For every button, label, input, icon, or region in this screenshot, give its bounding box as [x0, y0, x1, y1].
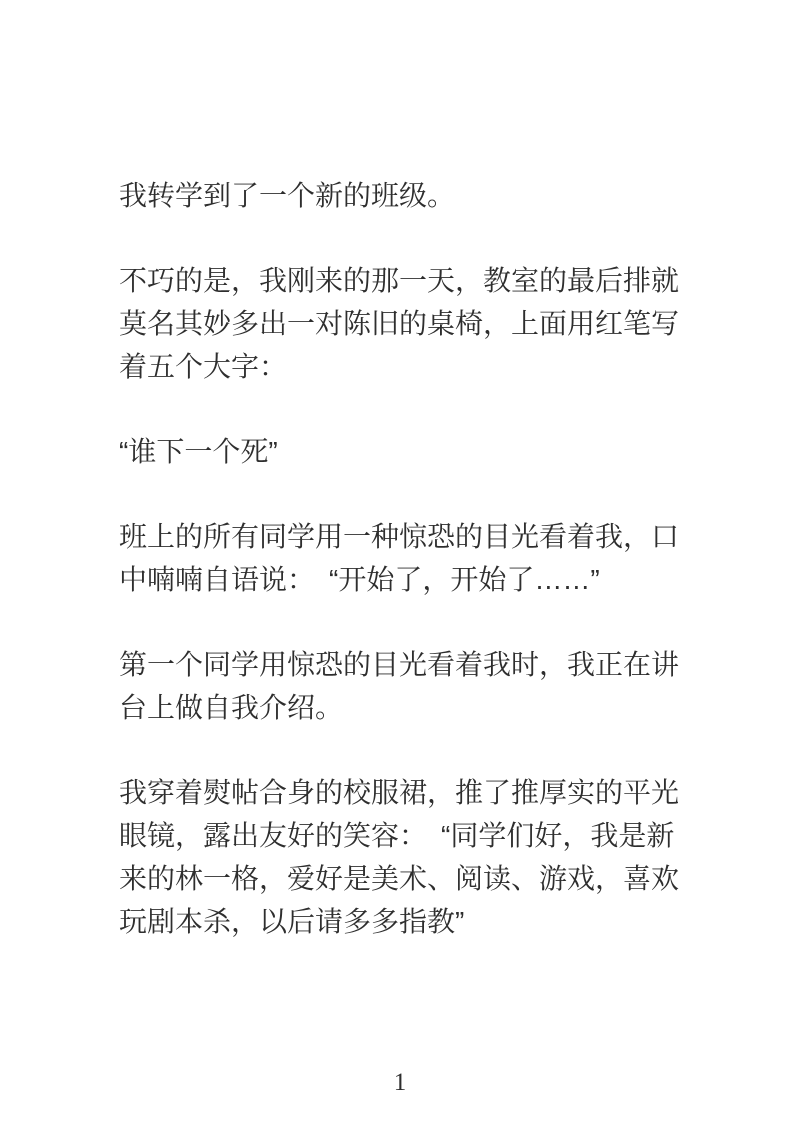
story-paragraph: 班上的所有同学用一种惊恐的目光看着我，口中喃喃自语说： “开始了，开始了……”	[119, 515, 680, 601]
page-footer: 1	[0, 1068, 800, 1098]
story-paragraph: 不巧的是，我刚来的那一天，教室的最后排就莫名其妙多出一对陈旧的桌椅，上面用红笔写…	[119, 259, 680, 388]
text-line: 班上的所有同学用一种惊恐的目光看着我，口	[119, 515, 680, 558]
document-page: 我转学到了一个新的班级。不巧的是，我刚来的那一天，教室的最后排就莫名其妙多出一对…	[0, 0, 800, 1127]
text-line: 我穿着熨帖合身的校服裙，推了推厚实的平光	[119, 771, 680, 814]
page-number: 1	[394, 1069, 407, 1096]
text-line: 第一个同学用惊恐的目光看着我时，我正在讲	[119, 643, 680, 686]
text-line: 中喃喃自语说： “开始了，开始了……”	[119, 558, 680, 601]
story-text: 我转学到了一个新的班级。不巧的是，我刚来的那一天，教室的最后排就莫名其妙多出一对…	[119, 174, 680, 985]
text-line: 着五个大字：	[119, 345, 680, 388]
text-line: “谁下一个死”	[119, 430, 680, 473]
story-paragraph: 第一个同学用惊恐的目光看着我时，我正在讲台上做自我介绍。	[119, 643, 680, 729]
text-line: 眼镜，露出友好的笑容： “同学们好，我是新	[119, 814, 680, 857]
story-paragraph: “谁下一个死”	[119, 430, 680, 473]
story-paragraph: 我转学到了一个新的班级。	[119, 174, 680, 217]
text-line: 玩剧本杀，以后请多多指教”	[119, 900, 680, 943]
text-line: 我转学到了一个新的班级。	[119, 174, 680, 217]
text-line: 台上做自我介绍。	[119, 686, 680, 729]
text-line: 来的林一格，爱好是美术、阅读、游戏，喜欢	[119, 857, 680, 900]
text-line: 不巧的是，我刚来的那一天，教室的最后排就	[119, 259, 680, 302]
text-line: 莫名其妙多出一对陈旧的桌椅，上面用红笔写	[119, 302, 680, 345]
story-paragraph: 我穿着熨帖合身的校服裙，推了推厚实的平光眼镜，露出友好的笑容： “同学们好，我是…	[119, 771, 680, 943]
